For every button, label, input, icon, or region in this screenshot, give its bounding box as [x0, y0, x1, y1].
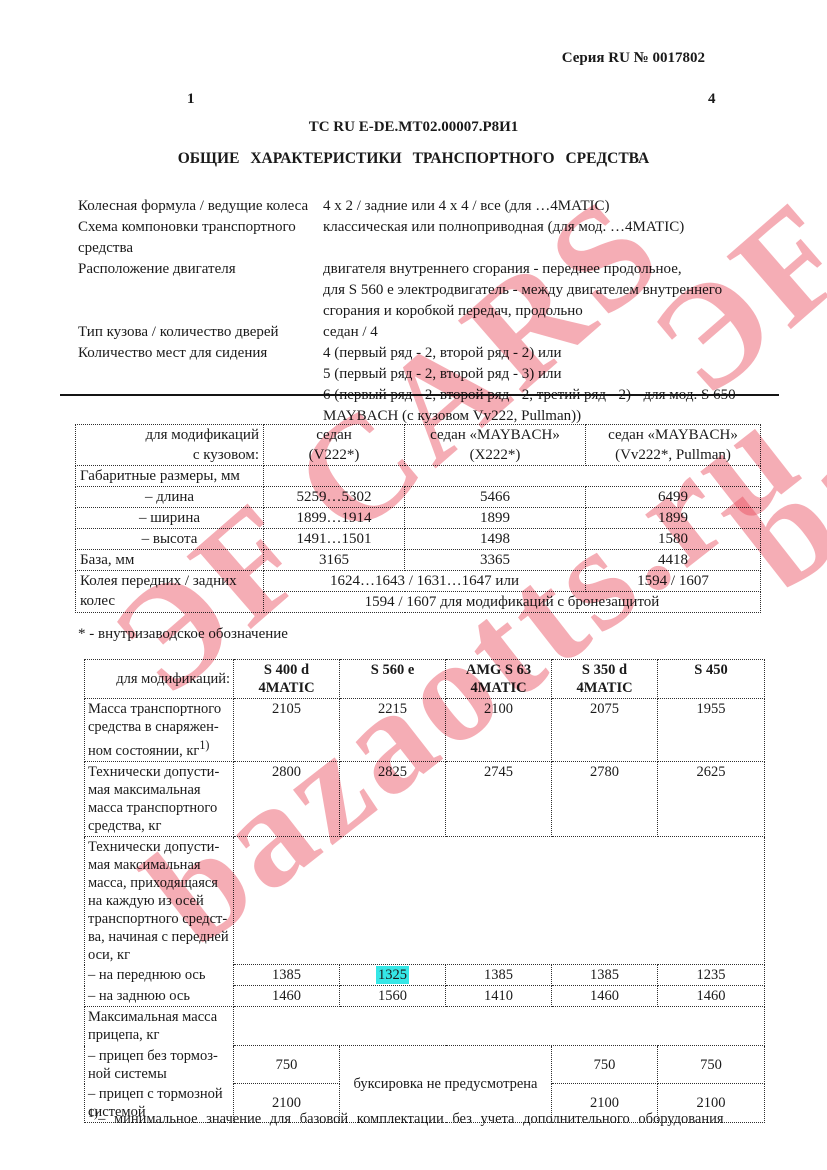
footnote-marker: 1): [199, 738, 209, 752]
corner-header-cell: для модификаций:: [85, 660, 234, 699]
value-cell: 1460: [552, 986, 658, 1007]
value-cell: 750: [234, 1046, 340, 1084]
table-row: Технически допусти- мая максимальная мас…: [85, 761, 765, 836]
mass-table: для модификаций: S 400 d 4MATIC S 560 e …: [84, 659, 765, 1123]
value-cell: 4418: [586, 550, 761, 571]
value-cell: 1491…1501: [264, 529, 405, 550]
row-label: – длина: [76, 487, 264, 508]
value-cell: 2625: [658, 761, 765, 836]
series-number: Серия RU № 0017802: [562, 50, 705, 67]
table-row: Максимальная масса прицепа, кг: [85, 1007, 765, 1046]
value-cell: 5466: [405, 487, 586, 508]
table-row: для модификаций: S 400 d 4MATIC S 560 e …: [85, 660, 765, 699]
table-row: – на заднюю ось 1460 1560 1410 1460 1460: [85, 986, 765, 1007]
value-cell: 2745: [446, 761, 552, 836]
table-row: – длина 5259…5302 5466 6499: [76, 487, 761, 508]
empty-cell: [264, 466, 761, 487]
characteristic-label: Тип кузова / количество дверей: [78, 322, 323, 343]
model-header: S 560 e: [340, 660, 446, 699]
row-label: – высота: [76, 529, 264, 550]
page-number-right: 4: [708, 91, 716, 108]
table-row: Технически допусти- мая максимальная мас…: [85, 836, 765, 965]
table-row: База, мм 3165 3365 4418: [76, 550, 761, 571]
general-characteristics-list: Колесная формула / ведущие колеса 4 х 2 …: [78, 196, 786, 427]
value-cell: 3165: [264, 550, 405, 571]
value-cell: 1460: [658, 986, 765, 1007]
row-label: Технически допусти- мая максимальная мас…: [85, 836, 234, 965]
column-header: седан «MAYBACH» (Vv222*, Pullman): [586, 425, 761, 466]
footnote-text: – минимальное значение для базовой компл…: [98, 1111, 724, 1127]
characteristic-value: двигателя внутреннего сгорания - передне…: [323, 259, 786, 322]
characteristic-row: Расположение двигателя двигателя внутрен…: [78, 259, 786, 322]
row-label: – на переднюю ось: [85, 965, 234, 986]
value-cell: 5259…5302: [264, 487, 405, 508]
page-number-left: 1: [187, 91, 195, 108]
group-label: Габаритные размеры, мм: [76, 466, 264, 487]
highlighted-value: 1325: [376, 966, 409, 984]
section-title: ОБЩИЕ ХАРАКТЕРИСТИКИ ТРАНСПОРТНОГО СРЕДС…: [0, 150, 827, 168]
value-cell: 1594 / 1607: [586, 571, 761, 592]
value-cell: 1385: [446, 965, 552, 986]
document-page: Серия RU № 0017802 1 4 ТС RU E-DE.МТ02.0…: [0, 0, 827, 1170]
value-cell: 1955: [658, 699, 765, 762]
value-cell: 2215: [340, 699, 446, 762]
value-cell: 1498: [405, 529, 586, 550]
front-axle-value: 1385: [272, 967, 301, 983]
table-row: – ширина 1899…1914 1899 1899: [76, 508, 761, 529]
characteristic-row: Колесная формула / ведущие колеса 4 х 2 …: [78, 196, 786, 217]
value-cell: 1325: [340, 965, 446, 986]
value-cell: 750: [552, 1046, 658, 1084]
value-cell: 1899: [586, 508, 761, 529]
row-label: – прицеп без тормоз- ной системы: [85, 1046, 234, 1084]
characteristic-label: Колесная формула / ведущие колеса: [78, 196, 323, 217]
column-header: седан «MAYBACH» (X222*): [405, 425, 586, 466]
row-label: – на заднюю ось: [85, 986, 234, 1007]
table-row: – прицеп без тормоз- ной системы 750 бук…: [85, 1046, 765, 1084]
characteristic-row: Тип кузова / количество дверей седан / 4: [78, 322, 786, 343]
table-row: Габаритные размеры, мм: [76, 466, 761, 487]
model-header: S 450: [658, 660, 765, 699]
characteristic-label: Расположение двигателя: [78, 259, 323, 322]
footnote-internal-designation: * - внутризаводское обозначение: [78, 626, 288, 643]
value-cell: 1580: [586, 529, 761, 550]
approval-number: ТС RU E-DE.МТ02.00007.Р8И1: [0, 119, 827, 136]
row-label: Колея передних / задних колес: [76, 571, 264, 613]
value-cell: 1899: [405, 508, 586, 529]
value-cell: 2800: [234, 761, 340, 836]
value-cell: 2105: [234, 699, 340, 762]
model-header: S 400 d 4MATIC: [234, 660, 340, 699]
value-cell: 3365: [405, 550, 586, 571]
row-label: База, мм: [76, 550, 264, 571]
value-cell: 1460: [234, 986, 340, 1007]
corner-header-cell: для модификаций с кузовом:: [76, 425, 264, 466]
table-row: Колея передних / задних колес 1624…1643 …: [76, 571, 761, 592]
row-label: Технически допусти- мая максимальная мас…: [85, 761, 234, 836]
table-row: для модификаций с кузовом: седан (V222*)…: [76, 425, 761, 466]
row-label: – ширина: [76, 508, 264, 529]
value-cell: 1624…1643 / 1631…1647 или: [264, 571, 586, 592]
value-cell: 2100: [446, 699, 552, 762]
footnote-minimum-value: 1)– минимальное значение для базовой ком…: [88, 1106, 780, 1128]
characteristic-label: Количество мест для сидения: [78, 343, 323, 427]
row-label: Максимальная масса прицепа, кг: [85, 1007, 234, 1046]
value-cell: 2075: [552, 699, 658, 762]
characteristic-row: Количество мест для сидения 4 (первый ря…: [78, 343, 786, 427]
value-cell: 1899…1914: [264, 508, 405, 529]
table-row: Масса транспортного средства в снаряжен-…: [85, 699, 765, 762]
characteristic-value: седан / 4: [323, 322, 786, 343]
table-row: – высота 1491…1501 1498 1580: [76, 529, 761, 550]
row-label: Масса транспортного средства в снаряжен-…: [85, 699, 234, 762]
value-cell: 1385: [552, 965, 658, 986]
value-cell: 1235: [658, 965, 765, 986]
empty-cell: [234, 836, 765, 965]
value-cell: 1410: [446, 986, 552, 1007]
model-header: S 350 d 4MATIC: [552, 660, 658, 699]
value-cell: 1560: [340, 986, 446, 1007]
footnote-marker: 1): [88, 1106, 98, 1120]
value-cell: 1594 / 1607 для модификаций с бронезащит…: [264, 592, 761, 613]
characteristic-value: классическая или полноприводная (для мод…: [323, 217, 786, 259]
value-cell: 1385: [234, 965, 340, 986]
characteristic-row: Схема компоновки транспортного средства …: [78, 217, 786, 259]
section-divider: [60, 394, 779, 396]
table-row: – на переднюю ось 1385 1325 1385 1385 12…: [85, 965, 765, 986]
characteristic-label: Схема компоновки транспортного средства: [78, 217, 323, 259]
characteristic-value: 4 (первый ряд - 2, второй ряд - 2) или 5…: [323, 343, 786, 427]
body-dimensions-table: для модификаций с кузовом: седан (V222*)…: [75, 424, 761, 613]
characteristic-value: 4 х 2 / задние или 4 х 4 / все (для …4MA…: [323, 196, 786, 217]
value-cell: 750: [658, 1046, 765, 1084]
empty-cell: [234, 1007, 765, 1046]
column-header: седан (V222*): [264, 425, 405, 466]
value-cell: 2780: [552, 761, 658, 836]
value-cell: 2825: [340, 761, 446, 836]
model-header: AMG S 63 4MATIC: [446, 660, 552, 699]
value-cell: 6499: [586, 487, 761, 508]
